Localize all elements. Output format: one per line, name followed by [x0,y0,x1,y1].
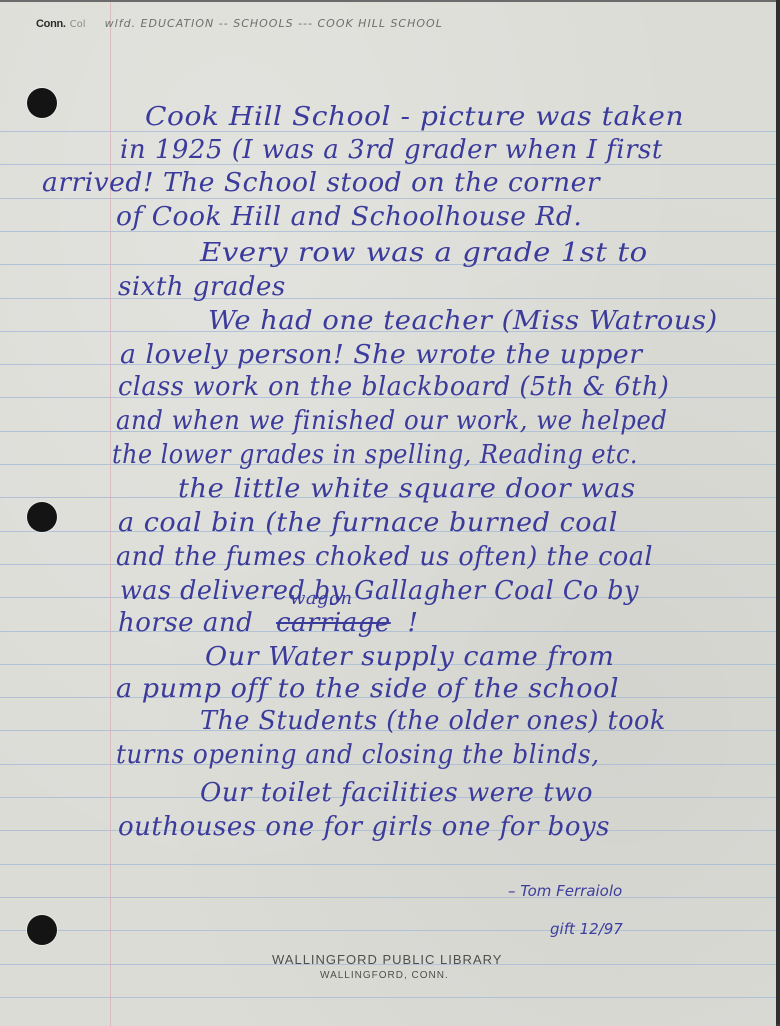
library-stamp-city: WALLINGFORD, CONN. [320,970,449,981]
letter-line: Every row was a grade 1st to [200,238,648,268]
letter-line-horse: horse and wagon carriage ! [118,608,418,638]
library-stamp-name: WALLINGFORD PUBLIC LIBRARY [272,952,502,967]
ruled-line [0,298,776,299]
letter-line: Our toilet facilities were two [200,778,593,808]
letter-line: We had one teacher (Miss Watrous) [208,306,718,336]
letter-line: was delivered by Gallagher Coal Co by [120,576,639,606]
letter-line: in 1925 (I was a 3rd grader when I first [120,135,663,165]
horse-and-text: horse and [118,608,253,638]
letter-line: the lower grades in spelling, Reading et… [112,440,638,470]
punch-hole-top [27,88,57,118]
letter-line: sixth grades [118,272,286,302]
page-edge [776,0,780,1024]
ruled-line [0,930,776,931]
col-mark: Col [70,19,86,30]
letter-line: a pump off to the side of the school [116,674,619,704]
letter-line: a lovely person! She wrote the upper [120,340,643,370]
catalog-text: wlfd. EDUCATION -- SCHOOLS --- COOK HILL… [105,17,443,30]
letter-line: Cook Hill School - picture was taken [145,102,684,132]
signature: – Tom Ferraiolo [508,882,622,900]
letter-line: and when we finished our work, we helped [116,406,667,436]
notebook-page: Conn.Col wlfd. EDUCATION -- SCHOOLS --- … [0,0,776,1024]
letter-line: the little white square door was [178,474,636,504]
letter-line: a coal bin (the furnace burned coal [118,508,618,538]
catalog-header: Conn.Col wlfd. EDUCATION -- SCHOOLS --- … [36,12,443,31]
conn-stamp: Conn. [36,18,66,30]
letter-line: Our Water supply came from [205,642,614,672]
letter-line: and the fumes choked us often) the coal [116,542,653,572]
punch-hole-bottom [27,915,57,945]
inserted-word: wagon [290,588,353,609]
letter-line: arrived! The School stood on the corner [42,168,600,198]
letter-line: class work on the blackboard (5th & 6th) [118,372,669,402]
punch-hole-middle [27,502,57,532]
margin-line [110,2,111,1024]
letter-line: turns opening and closing the blinds, [116,740,600,770]
struck-word: carriage [276,608,391,638]
exclamation: ! [408,608,419,638]
gift-note: gift 12/97 [550,920,623,938]
ruled-line [0,864,776,865]
ruled-line [0,997,776,998]
letter-line: outhouses one for girls one for boys [118,812,610,842]
letter-line: The Students (the older ones) took [200,706,666,736]
letter-line: of Cook Hill and Schoolhouse Rd. [116,202,582,232]
ruled-line [0,897,776,898]
